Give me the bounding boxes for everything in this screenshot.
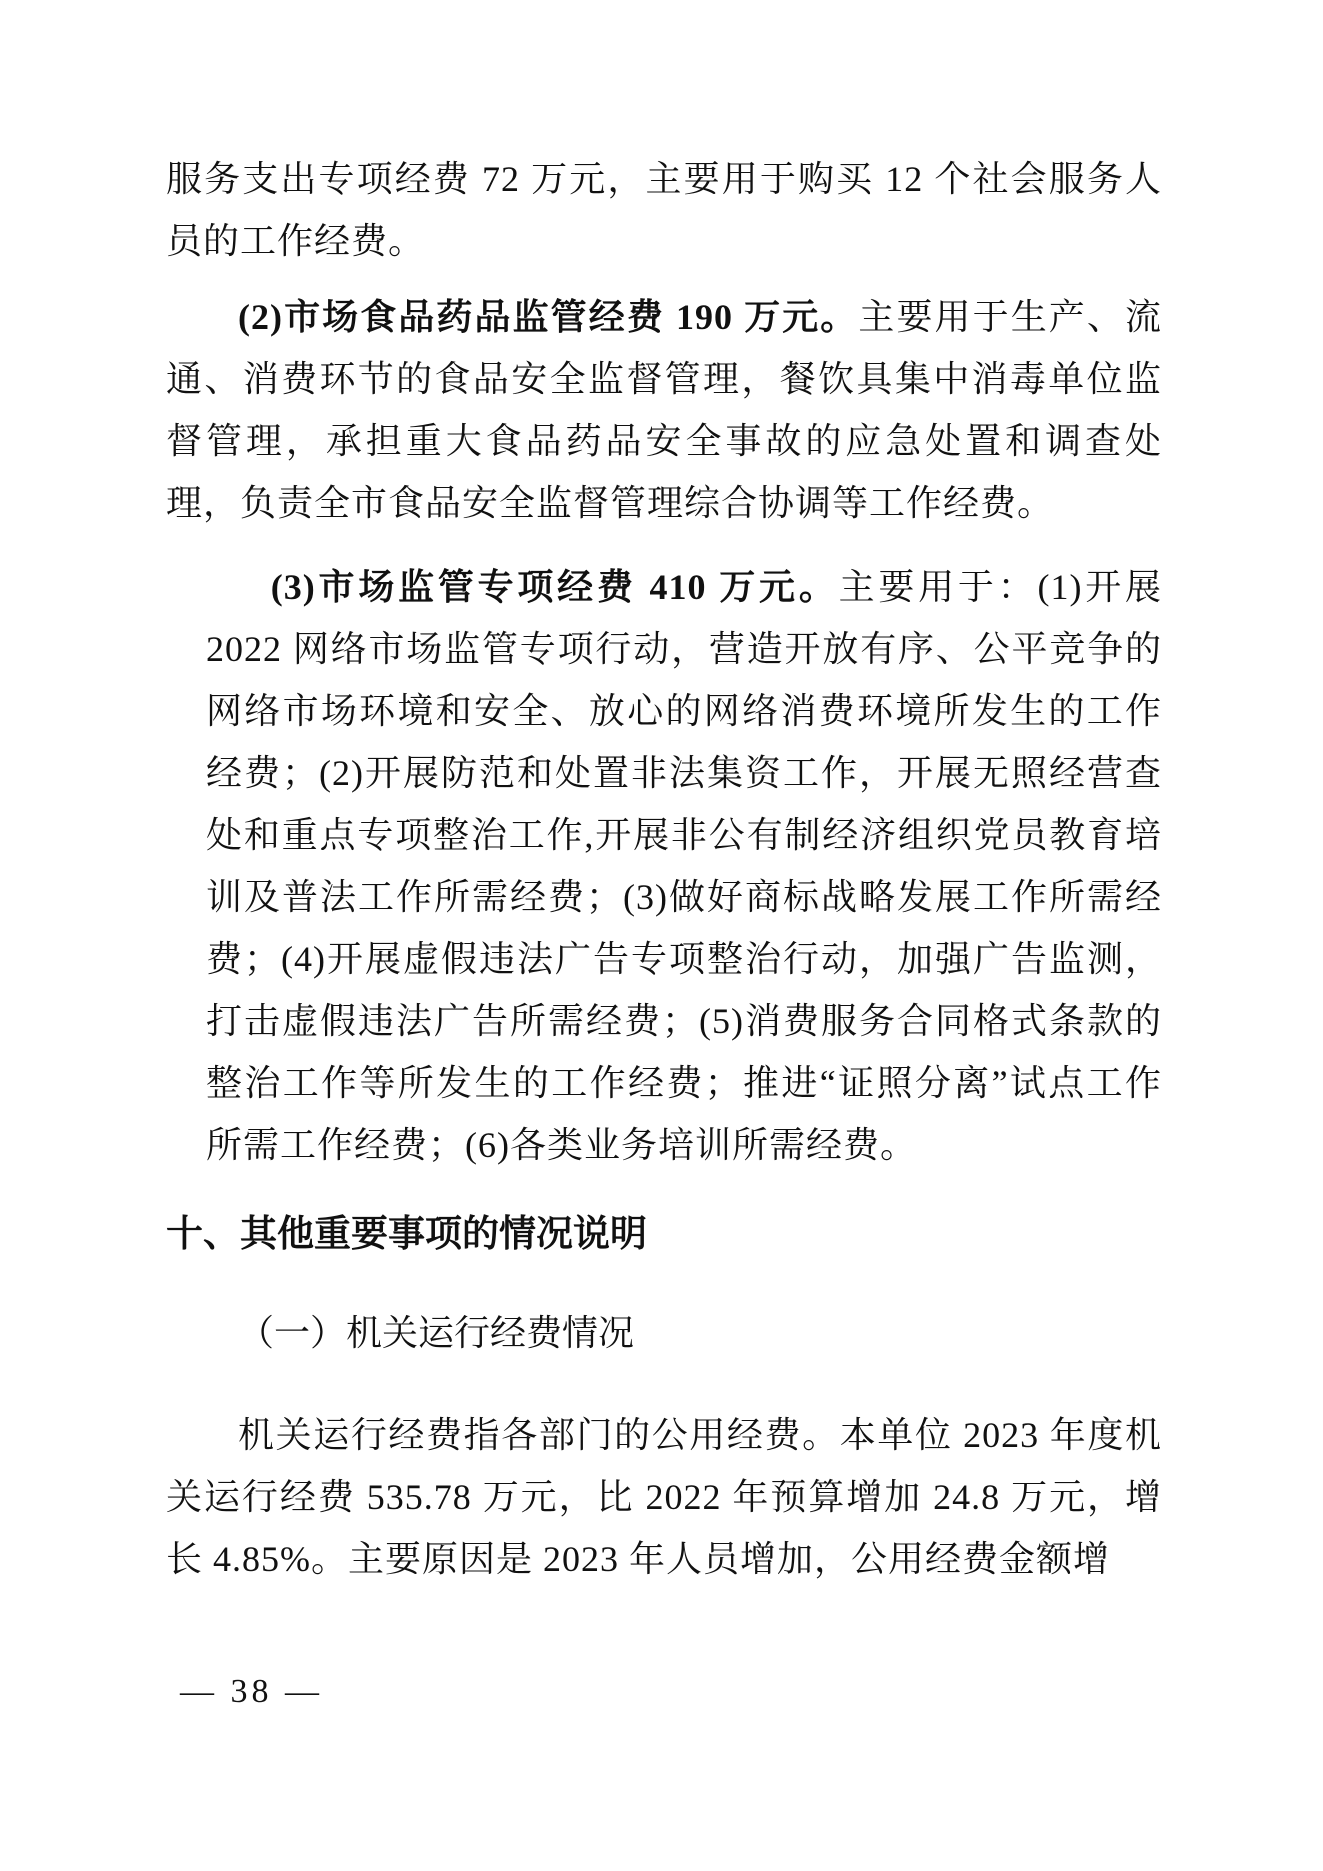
page-number: — 38 — <box>180 1662 323 1722</box>
document-content: 服务支出专项经费 72 万元，主要用于购买 12 个社会服务人员的工作经费。 (… <box>166 148 1162 1590</box>
paragraph-item-2-lead: (2)市场食品药品监管经费 190 万元。 <box>238 297 858 337</box>
paragraph-item-3-body: 主要用于：(1)开展 2022 网络市场监管专项行动，营造开放有序、公平竞争的网… <box>206 567 1162 1165</box>
paragraph-item-3-lead: (3)市场监管专项经费 410 万元。 <box>271 567 839 607</box>
paragraph-item-2-food-drug-supervision: (2)市场食品药品监管经费 190 万元。主要用于生产、流通、消费环节的食品安全… <box>166 286 1162 534</box>
paragraph-continued-social-services: 服务支出专项经费 72 万元，主要用于购买 12 个社会服务人员的工作经费。 <box>166 148 1162 272</box>
paragraph-agency-operating-funds: 机关运行经费指各部门的公用经费。本单位 2023 年度机关运行经费 535.78… <box>166 1404 1162 1590</box>
sub-heading-agency-operating-funds: （一）机关运行经费情况 <box>166 1302 1162 1364</box>
document-page: 服务支出专项经费 72 万元，主要用于购买 12 个社会服务人员的工作经费。 (… <box>0 0 1323 1871</box>
paragraph-item-3-market-supervision: (3)市场监管专项经费 410 万元。主要用于：(1)开展 2022 网络市场监… <box>206 556 1162 1176</box>
section-heading-other-important-matters: 十、其他重要事项的情况说明 <box>166 1204 1162 1266</box>
